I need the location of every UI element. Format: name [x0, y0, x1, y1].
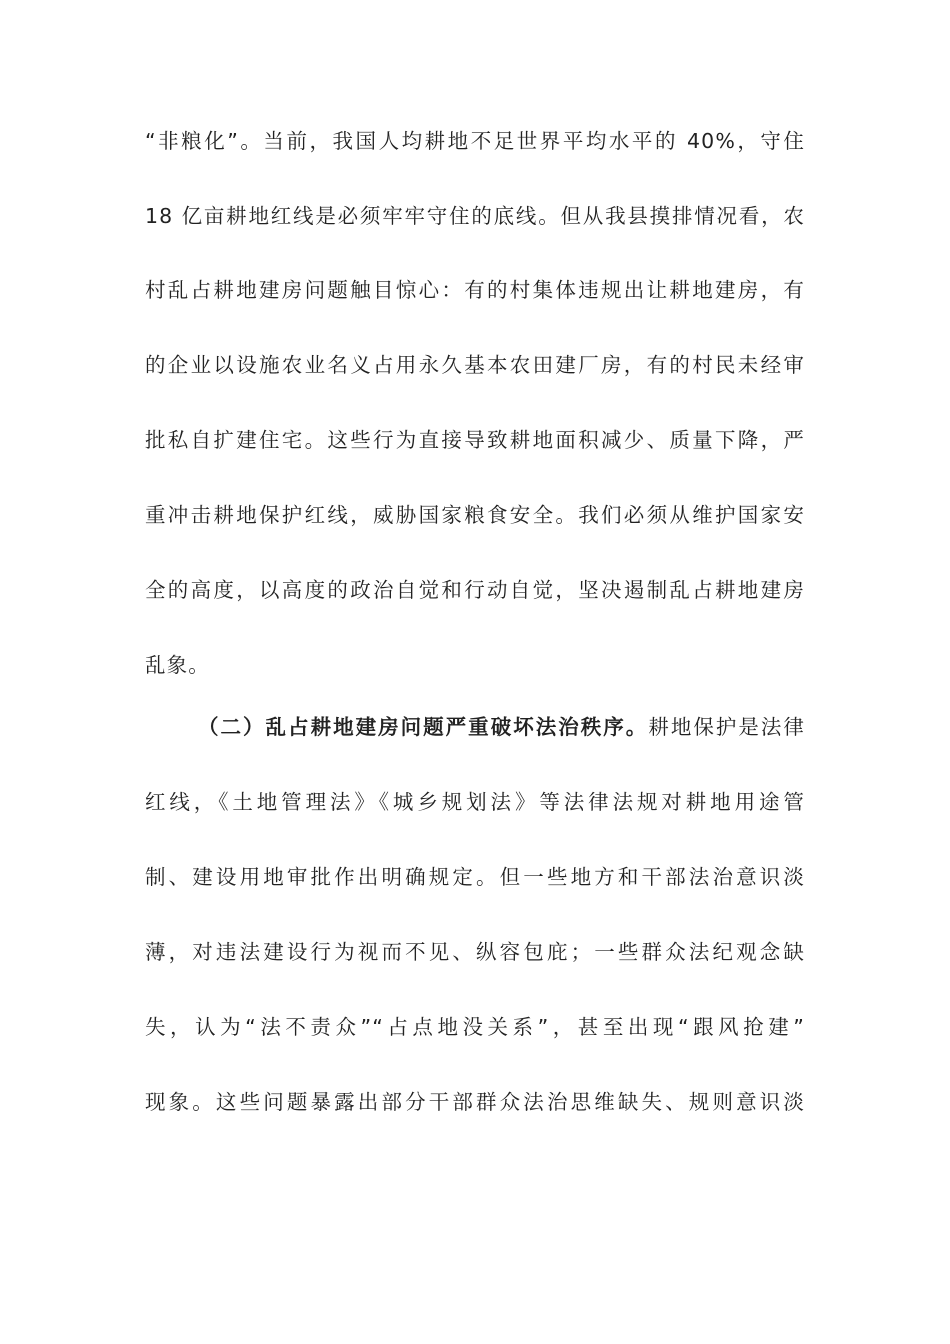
text-line: 全的高度，以高度的政治自觉和行动自觉，坚决遏制乱占耕地建房 — [145, 576, 805, 604]
text-line: 薄，对违法建设行为视而不见、纵容包庇；一些群众法纪观念缺 — [145, 938, 805, 966]
text-line: 的企业以设施农业名义占用永久基本农田建厂房，有的村民未经审 — [145, 351, 805, 379]
text-line: 18 亿亩耕地红线是必须牢牢守住的底线。但从我县摸排情况看，农 — [145, 202, 805, 230]
text-line: 现象。这些问题暴露出部分干部群众法治思维缺失、规则意识淡 — [145, 1088, 805, 1116]
text-line: 制、建设用地审批作出明确规定。但一些地方和干部法治意识淡 — [145, 863, 805, 891]
text-line: 乱象。 — [145, 651, 805, 679]
heading-line-continuation: 耕地保护是法律 — [648, 715, 805, 739]
text-line: “非粮化”。当前，我国人均耕地不足世界平均水平的 40%，守住 — [145, 127, 805, 155]
text-line: 红线，《土地管理法》《城乡规划法》等法律法规对耕地用途管 — [145, 788, 805, 816]
text-line: 失，认为“法不责众”“占点地没关系”，甚至出现“跟风抢建” — [145, 1013, 805, 1041]
section-heading: （二）乱占耕地建房问题严重破坏法治秩序。 — [198, 715, 648, 739]
document-page: “非粮化”。当前，我国人均耕地不足世界平均水平的 40%，守住 18 亿亩耕地红… — [0, 0, 950, 1344]
text-line: 村乱占耕地建房问题触目惊心：有的村集体违规出让耕地建房，有 — [145, 276, 805, 304]
section-heading-line: （二）乱占耕地建房问题严重破坏法治秩序。耕地保护是法律 — [198, 713, 805, 741]
text-line: 批私自扩建住宅。这些行为直接导致耕地面积减少、质量下降，严 — [145, 426, 805, 454]
text-line: 重冲击耕地保护红线，威胁国家粮食安全。我们必须从维护国家安 — [145, 501, 805, 529]
